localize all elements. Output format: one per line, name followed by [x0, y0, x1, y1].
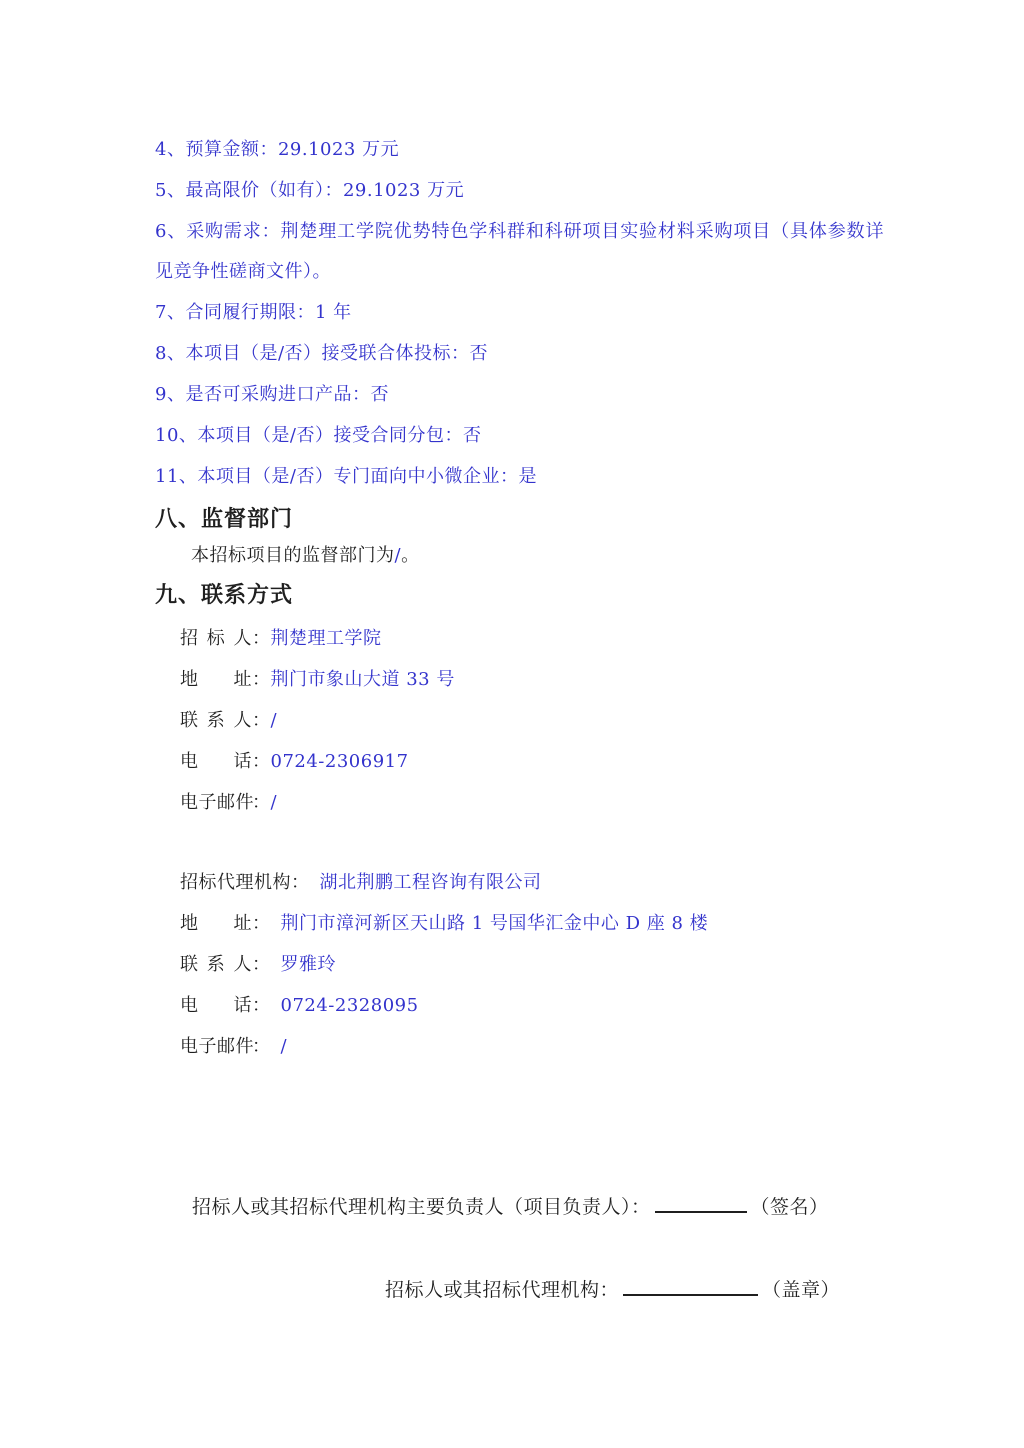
colon: ： — [252, 1036, 271, 1057]
signature-line-organization: 招标人或其招标代理机构：（盖章） — [385, 1270, 884, 1310]
notice-item-9: 9、是否可采购进口产品：否 — [155, 375, 884, 415]
tenderer-contactperson-label: 联系人 — [180, 701, 252, 741]
agency-address-label: 地址 — [180, 904, 252, 944]
agency-email-label: 电子邮件 — [180, 1027, 252, 1067]
tenderer-phone-value: 0724-2306917 — [271, 751, 409, 772]
signature-blank-organization — [623, 1274, 758, 1296]
notice-item-6: 6、采购需求：荆楚理工学院优势特色学科群和科研项目实验材料采购项目（具体参数详见… — [155, 212, 884, 292]
signature-line-responsible: 招标人或其招标代理机构主要负责人（项目负责人）：（签名） — [192, 1187, 884, 1227]
supervision-text-suffix: 。 — [401, 545, 420, 566]
tenderer-address-value: 荆门市象山大道 33 号 — [271, 669, 455, 690]
notice-items-section: 4、预算金额：29.1023 万元 5、最高限价（如有）：29.1023 万元 … — [155, 130, 884, 497]
tenderer-address-row: 地址：荆门市象山大道 33 号 — [180, 660, 884, 700]
notice-item-7: 7、合同履行期限：1 年 — [155, 293, 884, 333]
agency-contactperson-row: 联系人：罗雅玲 — [180, 945, 884, 985]
agency-address-row: 地址：荆门市漳河新区天山路 1 号国华汇金中心 D 座 8 楼 — [180, 904, 884, 944]
agency-email-row: 电子邮件：/ — [180, 1027, 884, 1067]
colon: ： — [252, 751, 271, 772]
colon: ： — [252, 669, 271, 690]
agency-contactperson-label: 联系人 — [180, 945, 252, 985]
notice-item-11: 11、本项目（是/否）专门面向中小微企业：是 — [155, 457, 884, 497]
signature-line-organization-suffix: （盖章） — [762, 1279, 840, 1301]
colon: ： — [252, 954, 271, 975]
colon: ： — [291, 872, 310, 893]
tenderer-contactperson-row: 联系人：/ — [180, 701, 884, 741]
colon: ： — [252, 995, 271, 1016]
agency-phone-row: 电话：0724-2328095 — [180, 986, 884, 1026]
tenderer-email-row: 电子邮件：/ — [180, 783, 884, 823]
tenderer-phone-label: 电话 — [180, 742, 252, 782]
colon: ： — [252, 628, 271, 649]
section-heading-contact: 九、联系方式 — [155, 577, 884, 613]
supervision-text-prefix: 本招标项目的监督部门为 — [191, 545, 395, 566]
colon: ： — [252, 792, 271, 813]
tenderer-name-label: 招标人 — [180, 619, 252, 659]
tenderer-contact-block: 招标人：荆楚理工学院 地址：荆门市象山大道 33 号 联系人：/ 电话：0724… — [180, 619, 884, 823]
agency-email-value: / — [281, 1036, 288, 1057]
tenderer-phone-row: 电话：0724-2306917 — [180, 742, 884, 782]
signature-line-responsible-suffix: （签名） — [751, 1196, 829, 1218]
agency-contact-block: 招标代理机构：湖北荆鹏工程咨询有限公司 地址：荆门市漳河新区天山路 1 号国华汇… — [180, 863, 884, 1067]
signature-line-responsible-text: 招标人或其招标代理机构主要负责人（项目负责人）： — [192, 1196, 651, 1218]
notice-item-8: 8、本项目（是/否）接受联合体投标：否 — [155, 334, 884, 374]
section-heading-supervision: 八、监督部门 — [155, 501, 884, 537]
notice-item-5: 5、最高限价（如有）：29.1023 万元 — [155, 171, 884, 211]
tenderer-email-value: / — [271, 792, 278, 813]
tenderer-contactperson-value: / — [271, 710, 278, 731]
tenderer-address-label: 地址 — [180, 660, 252, 700]
tenderer-name-row: 招标人：荆楚理工学院 — [180, 619, 884, 659]
notice-item-4: 4、预算金额：29.1023 万元 — [155, 130, 884, 170]
tenderer-name-value: 荆楚理工学院 — [271, 628, 382, 649]
agency-phone-label: 电话 — [180, 986, 252, 1026]
colon: ： — [252, 913, 271, 934]
supervision-body: 本招标项目的监督部门为/。 — [155, 539, 884, 573]
agency-name-label: 招标代理机构 — [180, 863, 291, 903]
tenderer-email-label: 电子邮件 — [180, 783, 252, 823]
agency-address-value: 荆门市漳河新区天山路 1 号国华汇金中心 D 座 8 楼 — [281, 913, 709, 934]
agency-phone-value: 0724-2328095 — [281, 995, 419, 1016]
signature-line-organization-text: 招标人或其招标代理机构： — [385, 1279, 619, 1301]
tender-notice-page: 4、预算金额：29.1023 万元 5、最高限价（如有）：29.1023 万元 … — [0, 0, 1024, 1448]
agency-name-row: 招标代理机构：湖北荆鹏工程咨询有限公司 — [180, 863, 884, 903]
agency-contactperson-value: 罗雅玲 — [281, 954, 337, 975]
agency-name-value: 湖北荆鹏工程咨询有限公司 — [320, 872, 542, 893]
colon: ： — [252, 710, 271, 731]
signature-blank-responsible — [655, 1191, 747, 1213]
notice-item-10: 10、本项目（是/否）接受合同分包：否 — [155, 416, 884, 456]
